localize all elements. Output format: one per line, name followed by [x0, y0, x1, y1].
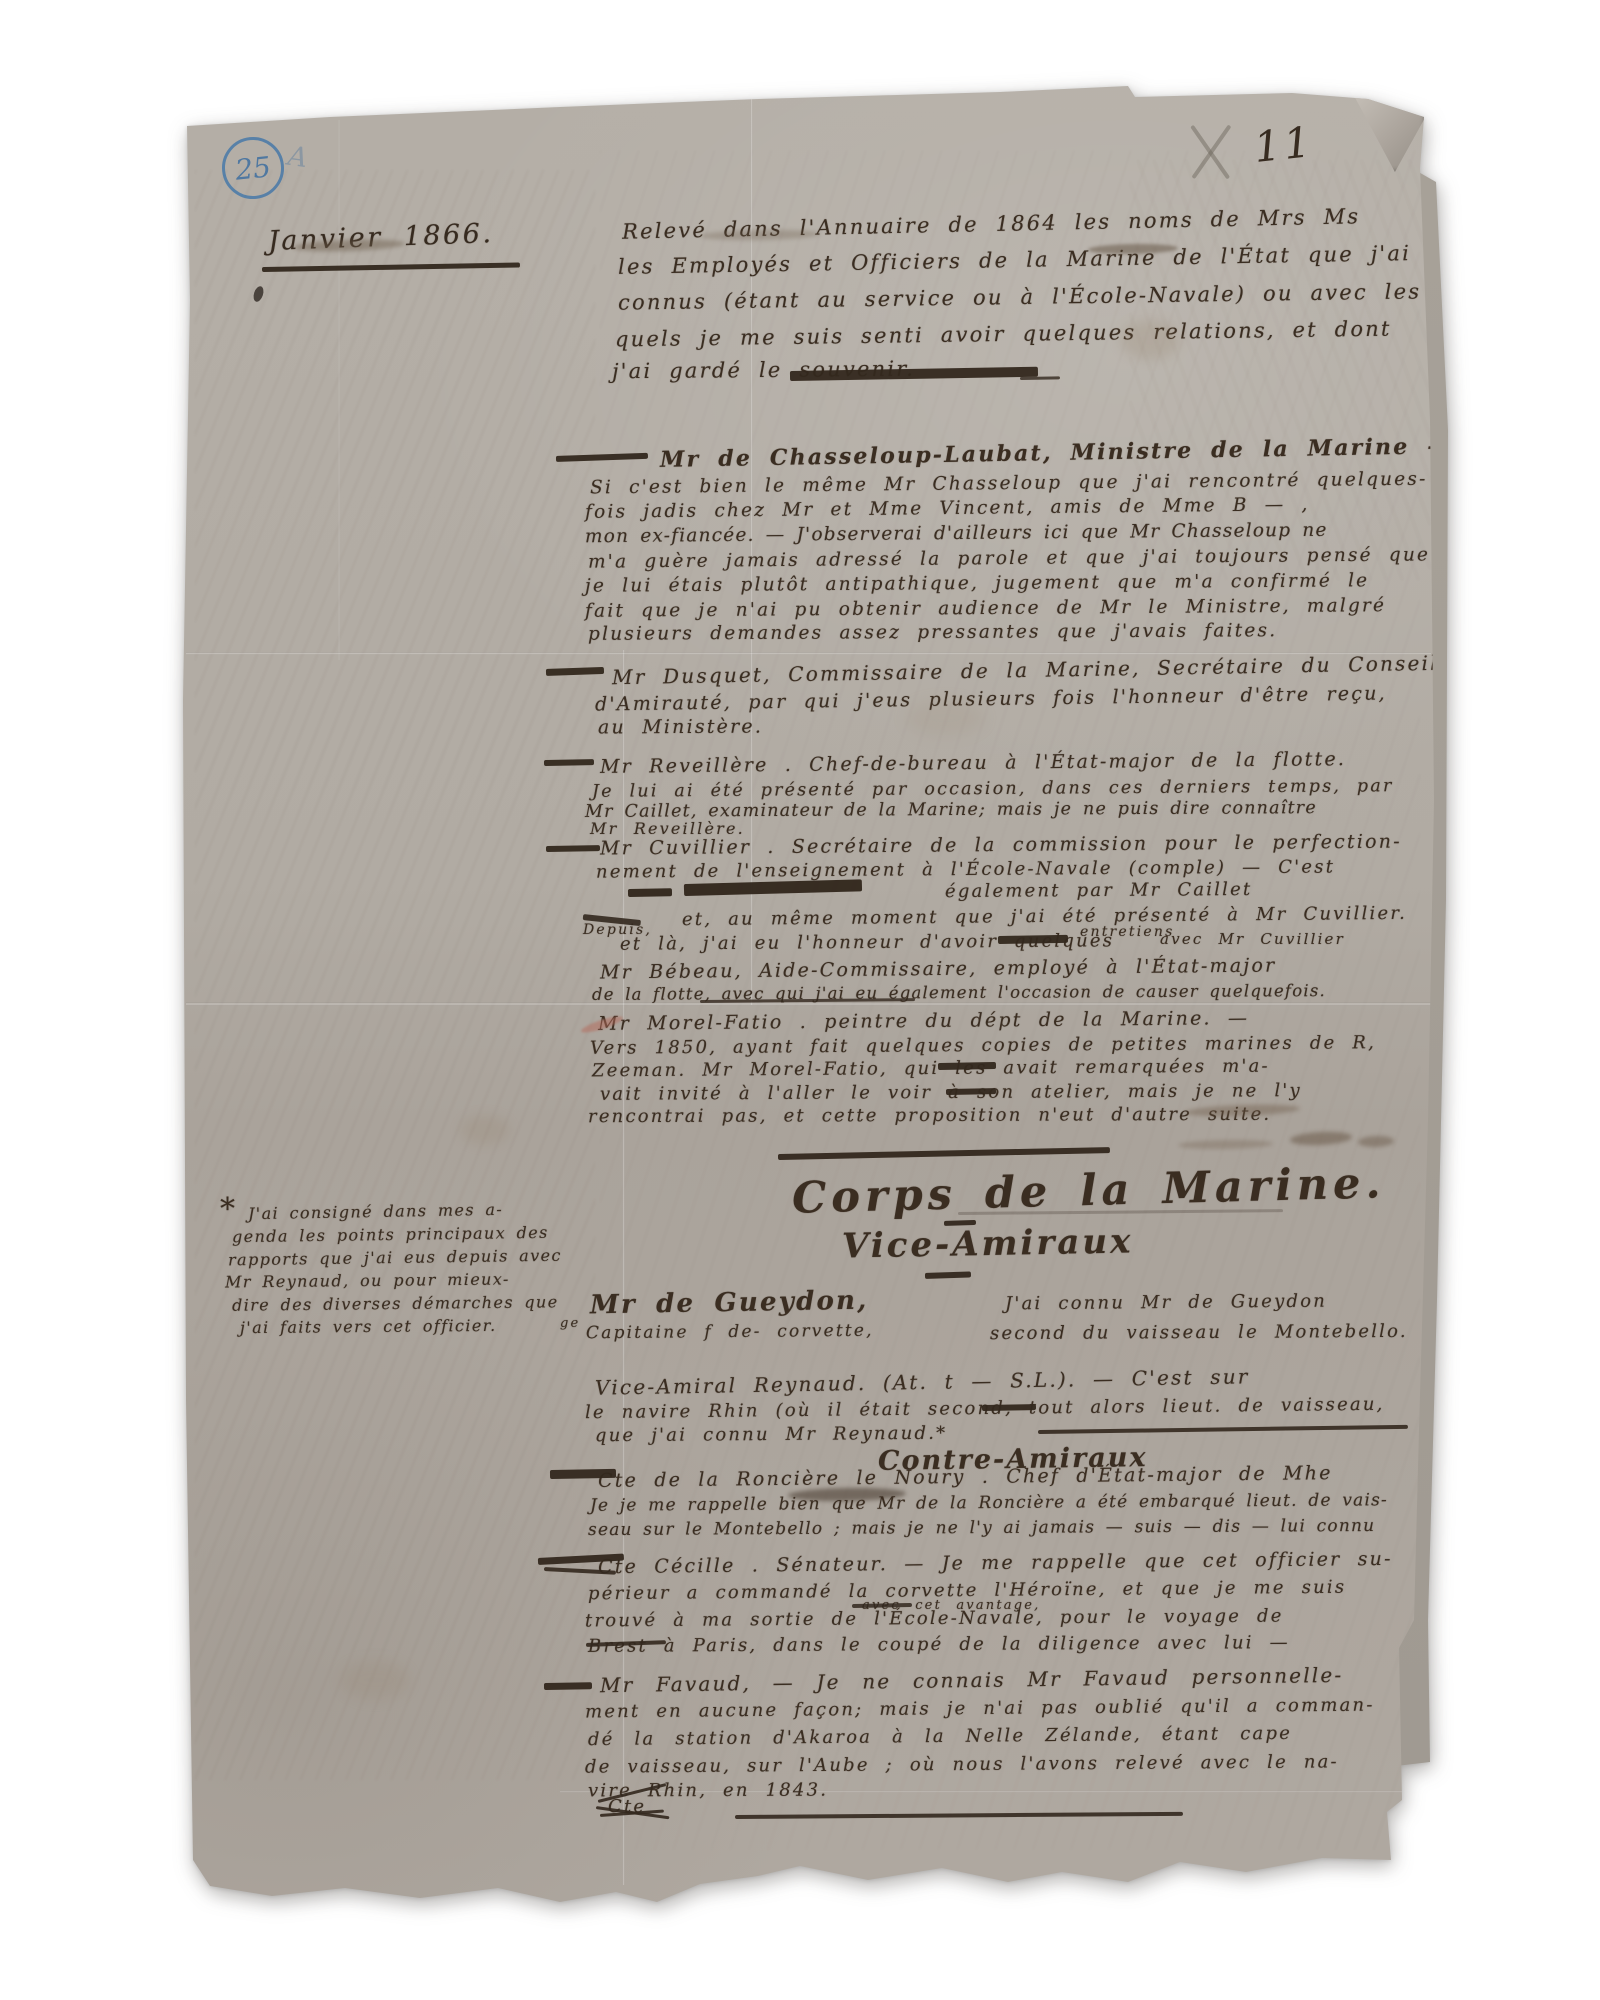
entry-cecille-heading: Cte Cécille . Sénateur. — Je me rappelle… [598, 1548, 1393, 1578]
manuscript-line: Brest à Paris, dans le coupé de la dilig… [588, 1632, 1290, 1657]
margin-dash [544, 1682, 592, 1690]
heading-tick [925, 1271, 971, 1279]
photograph-of-manuscript: 25 A 11 Janvier 1866. Relevé dans l'Annu… [0, 0, 1600, 2000]
smudge [1178, 1139, 1273, 1150]
margin-note-line: dire des diverses démarches que [232, 1292, 559, 1314]
manuscript-line: de vaisseau, sur l'Aube ; où nous l'avon… [585, 1751, 1339, 1777]
manuscript-line: que j'ai connu Mr Reynaud.* [595, 1423, 947, 1446]
margin-dash [550, 1469, 616, 1479]
manuscript-line: mon ex-fiancée. — J'observerai d'ailleur… [585, 520, 1328, 547]
manuscript-line: également par Mr Caillet [945, 879, 1253, 902]
entry-favaud-heading: Mr Favaud, — Je ne connais Mr Favaud per… [600, 1663, 1344, 1697]
entry-reveillere-heading: Mr Reveillère . Chef-de-bureau à l'État-… [600, 748, 1346, 778]
manuscript-line: m'a guère jamais adressé la parole et qu… [588, 544, 1430, 572]
foxing-spot [905, 700, 985, 736]
paper-wrapper: 25 A 11 Janvier 1866. Relevé dans l'Annu… [0, 0, 1600, 2000]
smudge [293, 238, 405, 253]
margin-note-line: j'ai faits vers cet officier. [240, 1316, 497, 1337]
intro-line-4: quels je me suis senti avoir quelques re… [615, 317, 1392, 352]
margin-dash [546, 845, 600, 852]
entry-chasseloup-heading: Mr de Chasseloup-Laubat, Ministre de la … [660, 433, 1452, 473]
manuscript-line: Capitaine f de- corvette, [586, 1321, 874, 1344]
section-heading-corps-de-la-marine: Corps de la Marine. [791, 1158, 1386, 1224]
manuscript-line: et, au même moment que j'ai été présenté… [682, 903, 1407, 930]
ink-mark [252, 285, 266, 303]
margin-note-line: Mr Reynaud, ou pour mieux- [225, 1270, 510, 1292]
entry-ronciere-heading: Cte de la Roncière le Noury . Chef d'Éta… [598, 1462, 1333, 1492]
strike-through [982, 1404, 1036, 1411]
manuscript-line: Je je me rappelle bien que Mr de la Ronc… [590, 1490, 1388, 1516]
manuscript-line: je lui étais plutôt antipathique, jugeme… [585, 570, 1369, 596]
manuscript-line: J'ai connu Mr de Gueydon [1005, 1291, 1327, 1315]
manuscript-line: plusieurs demandes assez pressantes que … [588, 620, 1277, 645]
manuscript-line: Zeeman. Mr Morel-Fatio, qui les avait re… [592, 1056, 1270, 1082]
blacked-out-word [938, 1062, 996, 1070]
manuscript-line: ment en aucune façon; mais je n'ai pas o… [585, 1695, 1375, 1723]
entry-reynaud-heading: Vice-Amiral Reynaud. (At. t — S.L.). — C… [595, 1364, 1250, 1399]
blacked-out-word [628, 888, 672, 897]
blacked-out-word [998, 935, 1068, 944]
manuscript-paper: 25 A 11 Janvier 1866. Relevé dans l'Annu… [0, 0, 1600, 2000]
margin-note-line: rapports que j'ai eus depuis avec [228, 1246, 562, 1270]
manuscript-line: fois jadis chez Mr et Mme Vincent, amis … [585, 494, 1310, 523]
margin-dash [544, 759, 594, 766]
margin-note-line: genda les points principaux des [232, 1223, 549, 1246]
smudge [1290, 1130, 1353, 1146]
margin-dash [556, 453, 648, 462]
reynaud-underline [1038, 1425, 1408, 1434]
manuscript-line: second du vaisseau le Montebello. [990, 1321, 1408, 1344]
manuscript-line: rencontrai pas, et cette proposition n'e… [588, 1104, 1271, 1127]
manuscript-line: au Ministère. [598, 716, 763, 739]
manuscript-line: Mr Reveillère. [590, 819, 745, 838]
handwritten-text-layer: Relevé dans l'Annuaire de 1864 les noms … [0, 0, 1600, 2000]
entry-bebeau-heading: Mr Bébeau, Aide-Commissaire, employé à l… [600, 954, 1277, 983]
manuscript-line: fait que je n'ai pu obtenir audience de … [585, 595, 1386, 622]
margin-dash [546, 667, 604, 676]
margin-note-asterisk: * [220, 1192, 236, 1227]
manuscript-line: ge [560, 1316, 580, 1331]
section-heading-vice-amiraux: Vice-Amiraux [842, 1221, 1134, 1266]
foxing-spot [340, 1660, 410, 1700]
blacked-out-words [684, 879, 862, 896]
entry-morel-fatio-heading: Mr Morel-Fatio . peintre du dépt de la M… [598, 1007, 1249, 1035]
bottom-rule [735, 1812, 1183, 1819]
intro-line-2: les Employés et Officiers de la Marine d… [618, 241, 1411, 279]
manuscript-line: seau sur le Montebello ; mais je ne l'y … [588, 1516, 1375, 1540]
entry-gueydon-heading: Mr de Gueydon, [590, 1286, 869, 1321]
margin-note-line: J'ai consigné dans mes a- [248, 1200, 503, 1223]
intro-end-blot-tail [1020, 376, 1060, 380]
blacked-out-word [946, 1088, 996, 1095]
foxing-spot [460, 1115, 510, 1145]
foxing-spot [1120, 320, 1180, 360]
date-underline [262, 262, 520, 272]
intro-line-3: connus (étant au service ou à l'École-Na… [618, 279, 1422, 314]
manuscript-line: avec Mr Cuvillier [1160, 930, 1345, 948]
manuscript-line: trouvé à ma sortie de l'École-Navale, po… [585, 1606, 1284, 1632]
smudge [1358, 1135, 1394, 1147]
manuscript-line: dé la station d'Akaroa à la Nelle Zéland… [588, 1723, 1292, 1750]
section-divider-rule [778, 1147, 1110, 1160]
